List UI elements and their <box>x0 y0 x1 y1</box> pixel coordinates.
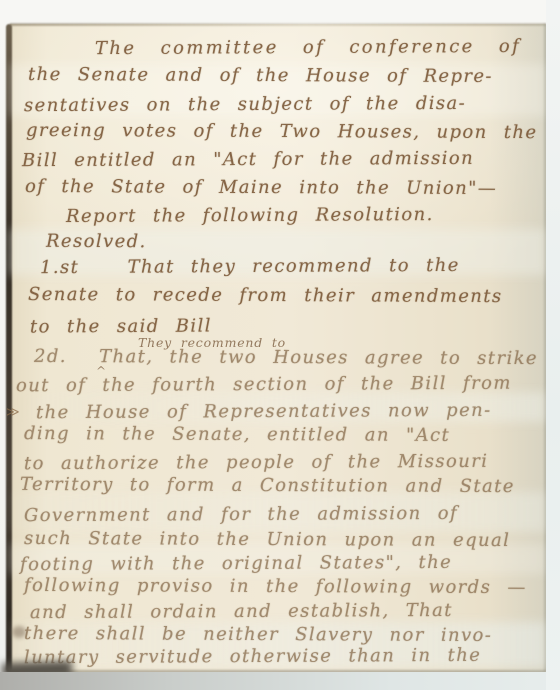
manuscript-line: Government and for the admission of <box>24 503 458 526</box>
manuscript-line: following proviso in the following words… <box>24 575 527 598</box>
manuscript-line: there shall be neither Slavery nor invo- <box>24 623 492 646</box>
manuscript-line: greeing votes of the Two Houses, upon th… <box>26 120 538 143</box>
manuscript-line: footing with the original States", the <box>20 552 452 575</box>
scan-bottom-margin <box>0 672 560 690</box>
manuscript-line: the House of Representatives now pen- <box>36 400 492 423</box>
manuscript-line: and shall ordain and establish, That <box>30 600 453 623</box>
handwritten-text: The committee of conference of the Senat… <box>10 24 546 672</box>
manuscript-line: Bill entitled an "Act for the admission <box>22 148 474 171</box>
manuscript-line: The committee of conference of <box>95 36 521 59</box>
manuscript-line: 1.st That they recommend to the <box>40 255 460 278</box>
scanned-document-background: The committee of conference of the Senat… <box>0 0 560 690</box>
manuscript-line: to authorize the people of the Missouri <box>24 451 488 474</box>
manuscript-line: Senate to recede from their amendments <box>28 284 503 307</box>
manuscript-line: luntary servitude otherwise than in the <box>24 645 481 668</box>
manuscript-line: Resolved. <box>46 231 147 252</box>
manuscript-line: of the State of Maine into the Union"— <box>25 176 497 199</box>
manuscript-line: Territory to form a Constitution and Sta… <box>20 474 515 497</box>
scan-right-margin <box>546 0 560 690</box>
manuscript-line: such State into the Union upon an equal <box>24 528 510 551</box>
manuscript-line: Report the following Resolution. <box>66 204 434 227</box>
manuscript-line: 2d. That, the two Houses agree to strike <box>34 346 538 369</box>
manuscript-line: out of the fourth section of the Bill fr… <box>16 373 512 397</box>
manuscript-line: ding in the Senate, entitled an "Act <box>24 423 450 446</box>
manuscript-line: sentatives on the subject of the disa- <box>24 93 466 116</box>
ink-smudge <box>12 626 26 638</box>
manuscript-page: The committee of conference of the Senat… <box>10 24 546 672</box>
margin-mark: ≫ <box>6 405 20 420</box>
manuscript-line: the Senate and of the House of Repre- <box>28 64 493 87</box>
